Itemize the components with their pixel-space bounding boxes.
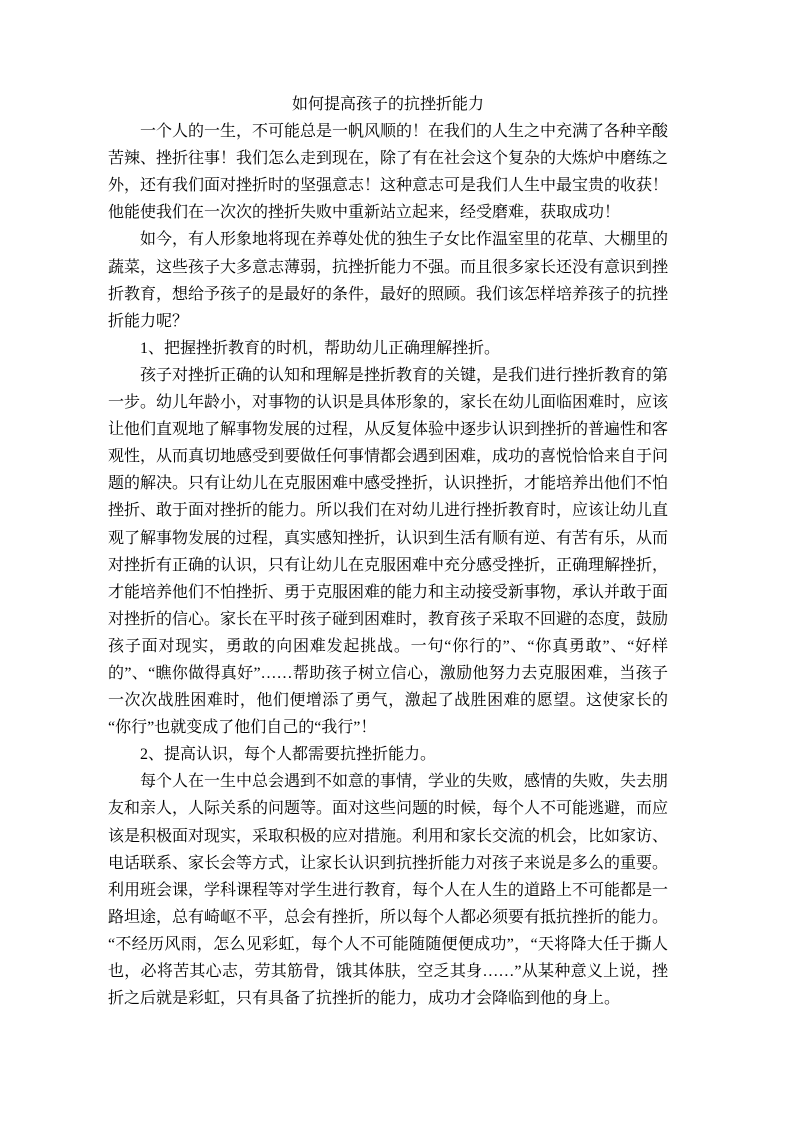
- paragraph: 一个人的一生，不可能总是一帆风顺的！在我们的人生之中充满了各种辛酸苦辣、挫折往事…: [108, 118, 668, 226]
- text-line: 友和亲人，人际关系的问题等。面对这些问题的时候，每个人不可能逃避，而应: [108, 795, 668, 822]
- text-line: 对挫折的信心。家长在平时孩子碰到困难时，教育孩子采取不回避的态度，鼓励: [108, 606, 668, 633]
- text-line: 2、提高认识，每个人都需要抗挫折能力。: [108, 741, 668, 768]
- text-line: 题的解决。只有让幼儿在克服困难中感受挫折，认识挫折，才能培养出他们不怕: [108, 470, 668, 497]
- text-line: 也，必将苦其心志，劳其筋骨，饿其体肤，空乏其身……”从某种意义上说，挫: [108, 958, 668, 985]
- text-line: 1、把握挫折教育的时机，帮助幼儿正确理解挫折。: [108, 335, 668, 362]
- text-line: 孩子对挫折正确的认知和理解是挫折教育的关键，是我们进行挫折教育的第: [108, 362, 668, 389]
- text-line: 折教育，想给予孩子的是最好的条件，最好的照顾。我们该怎样培养孩子的抗挫: [108, 281, 668, 308]
- document-title: 如何提高孩子的抗挫折能力: [108, 91, 668, 118]
- text-line: 路坦途，总有崎岖不平，总会有挫折，所以每个人都必须要有抵抗挫折的能力。: [108, 904, 668, 931]
- text-line: 的”、“瞧你做得真好”……帮助孩子树立信心，激励他努力去克服困难，当孩子: [108, 660, 668, 687]
- text-line: 如今，有人形象地将现在养尊处优的独生子女比作温室里的花草、大棚里的: [108, 226, 668, 253]
- text-line: 才能培养他们不怕挫折、勇于克服困难的能力和主动接受新事物，承认并敢于面: [108, 579, 668, 606]
- text-line: 每个人在一生中总会遇到不如意的事情，学业的失败，感情的失败，失去朋: [108, 768, 668, 795]
- text-line: 蔬菜，这些孩子大多意志薄弱，抗挫折能力不强。而且很多家长还没有意识到挫: [108, 254, 668, 281]
- text-line: 折之后就是彩虹，只有具备了抗挫折的能力，成功才会降临到他的身上。: [108, 985, 668, 1012]
- text-line: 利用班会课，学科课程等对学生进行教育，每个人在人生的道路上不可能都是一: [108, 877, 668, 904]
- text-line: 观了解事物发展的过程，真实感知挫折，认识到生活有顺有逆、有苦有乐，从而: [108, 525, 668, 552]
- document-page: 如何提高孩子的抗挫折能力 一个人的一生，不可能总是一帆风顺的！在我们的人生之中充…: [0, 0, 794, 1123]
- text-line: 电话联系、家长会等方式，让家长认识到抗挫折能力对孩子来说是多么的重要。: [108, 850, 668, 877]
- section-heading: 1、把握挫折教育的时机，帮助幼儿正确理解挫折。: [108, 335, 668, 362]
- section-heading: 2、提高认识，每个人都需要抗挫折能力。: [108, 741, 668, 768]
- document-body: 一个人的一生，不可能总是一帆风顺的！在我们的人生之中充满了各种辛酸苦辣、挫折往事…: [108, 118, 668, 1012]
- text-line: 该是积极面对现实，采取积极的应对措施。利用和家长交流的机会，比如家访、: [108, 823, 668, 850]
- text-line: 观性，从而真切地感受到要做任何事情都会遇到困难，成功的喜悦恰恰来自于问: [108, 443, 668, 470]
- text-line: 苦辣、挫折往事！我们怎么走到现在，除了有在社会这个复杂的大炼炉中磨练之: [108, 145, 668, 172]
- text-line: “你行”也就变成了他们自己的“我行”！: [108, 714, 668, 741]
- text-line: “不经历风雨，怎么见彩虹，每个人不可能随随便便成功”，“天将降大任于撕人: [108, 931, 668, 958]
- text-line: 让他们直观地了解事物发展的过程，从反复体验中逐步认识到挫折的普遍性和客: [108, 416, 668, 443]
- text-line: 对挫折有正确的认识，只有让幼儿在克服困难中充分感受挫折，正确理解挫折，: [108, 552, 668, 579]
- text-line: 他能使我们在一次次的挫折失败中重新站立起来，经受磨难，获取成功！: [108, 199, 668, 226]
- text-line: 孩子面对现实，勇敢的向困难发起挑战。一句“你行的”、“你真勇敢”、“好样: [108, 633, 668, 660]
- paragraph: 如今，有人形象地将现在养尊处优的独生子女比作温室里的花草、大棚里的蔬菜，这些孩子…: [108, 226, 668, 334]
- paragraph: 每个人在一生中总会遇到不如意的事情，学业的失败，感情的失败，失去朋友和亲人，人际…: [108, 768, 668, 1012]
- document-content: 如何提高孩子的抗挫折能力 一个人的一生，不可能总是一帆风顺的！在我们的人生之中充…: [108, 91, 668, 1012]
- text-line: 挫折、敢于面对挫折的能力。所以我们在对幼儿进行挫折教育时，应该让幼儿直: [108, 497, 668, 524]
- text-line: 一个人的一生，不可能总是一帆风顺的！在我们的人生之中充满了各种辛酸: [108, 118, 668, 145]
- text-line: 折能力呢？: [108, 308, 668, 335]
- text-line: 一次次战胜困难时，他们便增添了勇气，激起了战胜困难的愿望。这使家长的: [108, 687, 668, 714]
- text-line: 外，还有我们面对挫折时的坚强意志！这种意志可是我们人生中最宝贵的收获！: [108, 172, 668, 199]
- paragraph: 孩子对挫折正确的认知和理解是挫折教育的关键，是我们进行挫折教育的第一步。幼儿年龄…: [108, 362, 668, 741]
- text-line: 一步。幼儿年龄小，对事物的认识是具体形象的，家长在幼儿面临困难时，应该: [108, 389, 668, 416]
